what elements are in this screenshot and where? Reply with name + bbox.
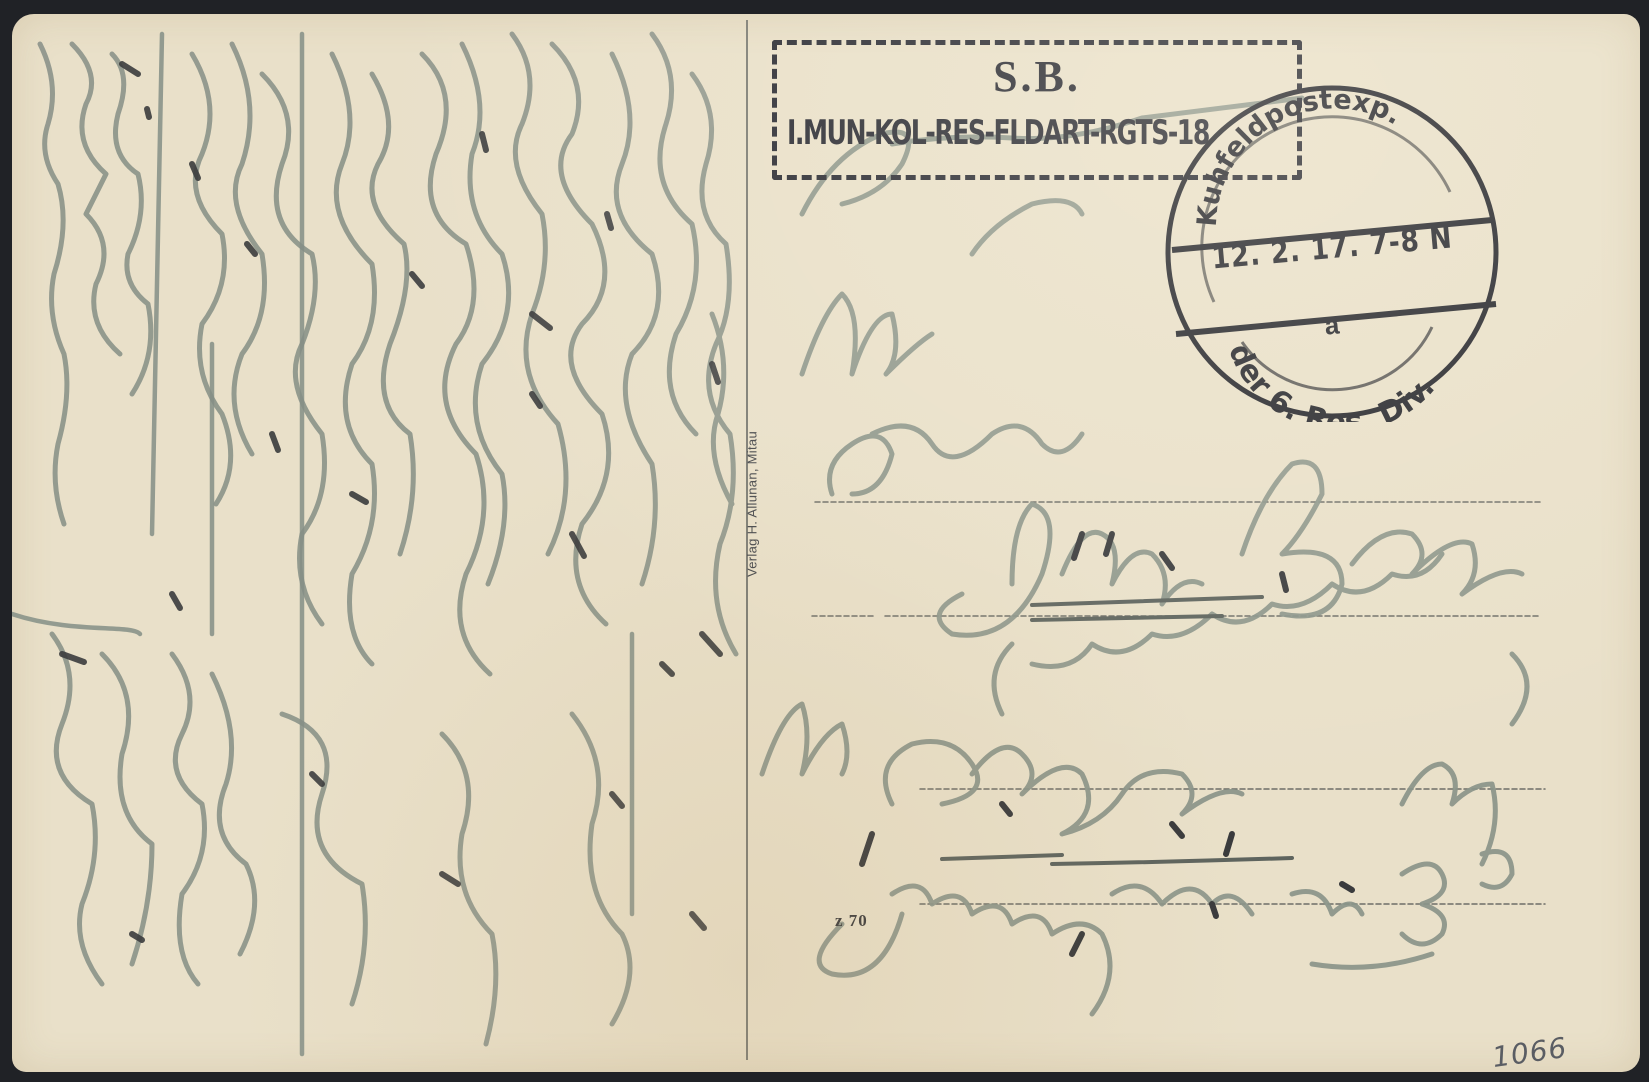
svg-text:der 6. Res. Div.: der 6. Res. Div.	[1221, 339, 1442, 422]
postmark-top-text: Kuhfeldpostexp.	[1192, 84, 1407, 227]
postmark-bottom-text: der 6. Res. Div.	[1221, 339, 1442, 422]
svg-text:Kuhfeldpostexp.: Kuhfeldpostexp.	[1192, 84, 1407, 227]
field-post-postmark: Kuhfeldpostexp. der 6. Res. Div. 12. 2. …	[1162, 82, 1502, 422]
postcard: Verlag H. Allunan, Mitau z 70 S.B. I.MUN…	[12, 14, 1640, 1072]
publisher-imprint: Verlag H. Allunan, Mitau	[745, 431, 760, 577]
unit-stamp-line2: I.MUN-KOL-RES-FLDART-RGTS-18	[787, 113, 1209, 153]
catalog-number: z 70	[835, 911, 868, 931]
